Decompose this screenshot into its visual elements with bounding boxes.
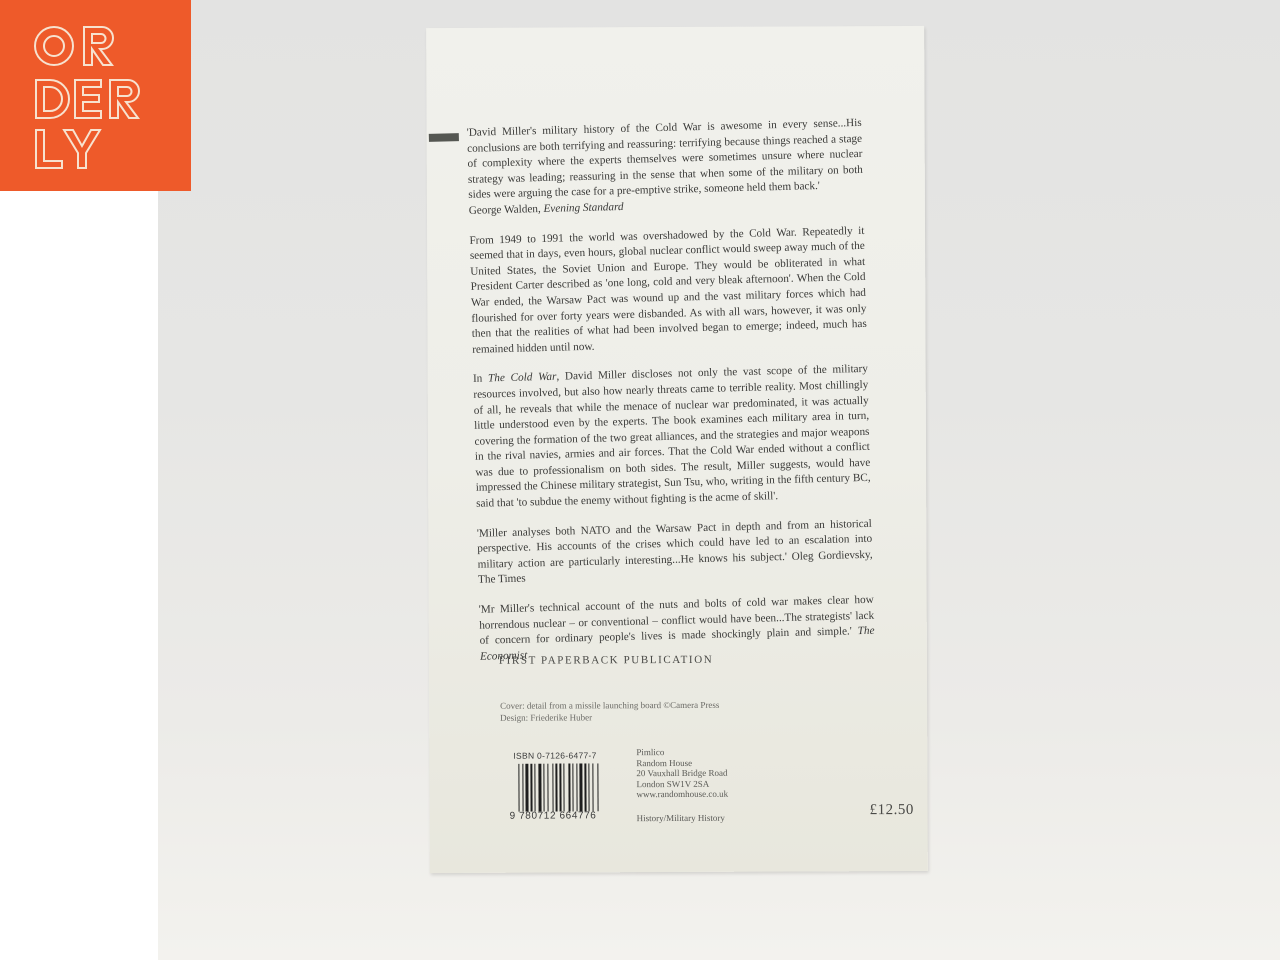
book-back-cover: 'David Miller's military history of the … xyxy=(426,26,928,873)
blurb-paragraph-1: From 1949 to 1991 the world was overshad… xyxy=(469,223,867,358)
orderly-logo xyxy=(0,0,191,191)
cover-credit: Cover: detail from a missile launching b… xyxy=(500,699,719,712)
first-paperback-label: First Paperback Publication xyxy=(499,654,713,667)
blurb-paragraph-2: In The Cold War, David Miller discloses … xyxy=(473,362,871,512)
publisher-line: www.randomhouse.co.uk xyxy=(636,789,728,800)
cover-text-block: 'David Miller's military history of the … xyxy=(467,116,876,679)
publisher-line: Random House xyxy=(636,757,728,768)
review-quote-standard: 'David Miller's military history of the … xyxy=(467,116,864,220)
quote-source: Evening Standard xyxy=(543,201,623,215)
quote-attribution: George Walden, xyxy=(469,203,541,217)
accent-bar xyxy=(429,133,459,142)
price-label: £12.50 xyxy=(870,802,914,819)
quote-text: 'Mr Miller's technical account of the nu… xyxy=(479,594,875,647)
blurb-text: , David Miller discloses not only the va… xyxy=(473,363,871,510)
quote-text: 'Miller analyses both NATO and the Warsa… xyxy=(477,517,873,570)
design-credit: Design: Friederike Huber xyxy=(500,711,719,724)
quote-source: The Times xyxy=(478,573,526,586)
review-quote-times: 'Miller analyses both NATO and the Warsa… xyxy=(477,516,873,588)
publisher-line: Pimlico xyxy=(636,747,728,758)
quote-text: 'David Miller's military history of the … xyxy=(467,117,863,201)
book-category: History/Military History xyxy=(637,813,725,823)
publisher-line: London SW1V 2SA xyxy=(636,778,728,789)
publisher-address: Pimlico Random House 20 Vauxhall Bridge … xyxy=(636,747,728,800)
publisher-line: 20 Vauxhall Bridge Road xyxy=(636,768,728,779)
book-title: The Cold War xyxy=(488,371,557,385)
isbn-label: ISBN 0-7126-6477-7 xyxy=(513,750,596,760)
cover-credits: Cover: detail from a missile launching b… xyxy=(500,699,719,724)
quote-attribution: Oleg Gordievsky, xyxy=(792,549,873,563)
barcode-digits: 9 780712 664776 xyxy=(510,810,597,821)
blurb-prefix: In xyxy=(473,373,488,385)
orderly-logo-icon xyxy=(0,0,191,191)
barcode-icon xyxy=(517,763,615,811)
